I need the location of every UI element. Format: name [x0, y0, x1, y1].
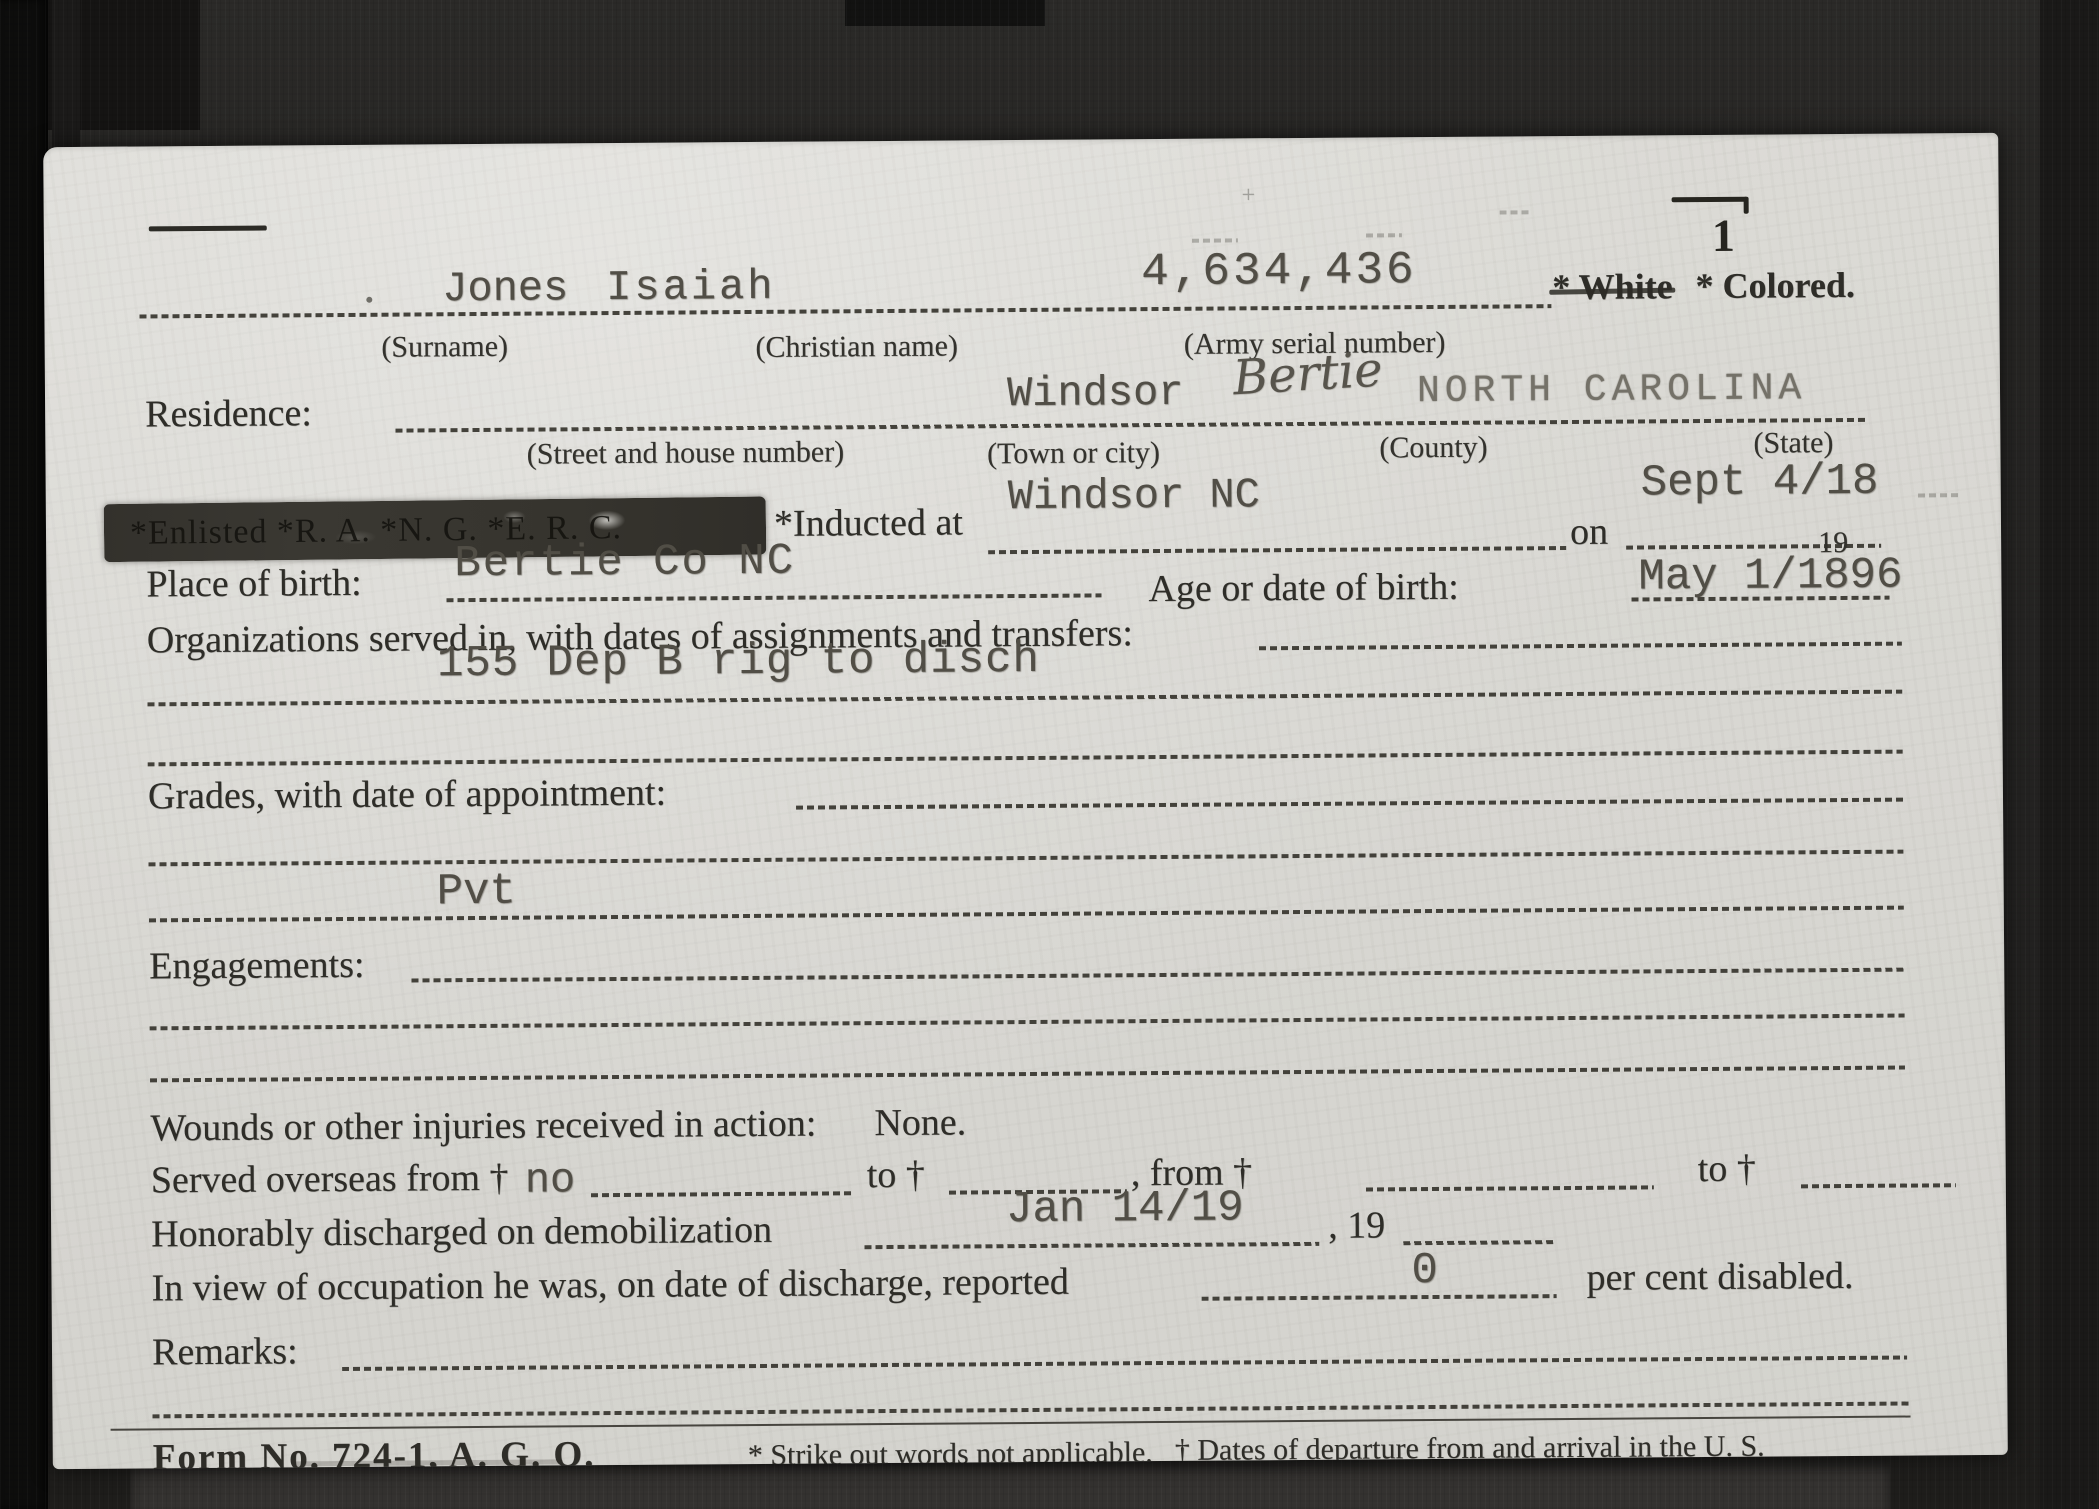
disability-suffix-label: per cent disabled. — [1586, 1256, 1853, 1300]
place-of-birth-label: Place of birth: — [146, 563, 362, 606]
race-colored-option: * Colored. — [1695, 265, 1855, 306]
discharge-label: Honorably discharged on demobilization — [151, 1210, 772, 1256]
dashed-line — [149, 906, 1904, 923]
street-label: (Street and house number) — [527, 435, 845, 470]
solid-rule — [111, 1416, 1911, 1431]
faint-plus-mark: + — [1241, 182, 1255, 208]
serial-number-value: 4,634,436 — [1141, 247, 1417, 295]
residence-label: Residence: — [145, 393, 312, 436]
county-label: (County) — [1379, 431, 1488, 465]
dashed-line — [864, 1242, 1319, 1249]
place-of-birth-value: Bertie Co NC — [454, 540, 795, 586]
faint-dash-mark — [1192, 238, 1238, 242]
engagements-label: Engagements: — [149, 945, 365, 988]
dashed-line — [152, 1402, 1912, 1419]
age-or-birth-label: Age or date of birth: — [1148, 567, 1459, 611]
christian-name-value: Isaiah — [606, 266, 776, 309]
induction-date-value: Sept 4/18 — [1641, 460, 1879, 506]
wounds-value: None. — [874, 1102, 966, 1144]
faint-dash-mark — [1918, 493, 1962, 497]
overseas-second-to-label: to † — [1698, 1149, 1756, 1191]
dashed-line — [591, 1191, 853, 1197]
overseas-to-label: to † — [867, 1155, 925, 1197]
surname-label: (Surname) — [381, 330, 508, 364]
dashed-line — [988, 546, 1566, 554]
dashed-line — [1403, 1240, 1553, 1245]
discharge-year-label: , 19 — [1328, 1205, 1385, 1247]
on-label: on — [1570, 512, 1608, 554]
christian-name-label: (Christian name) — [755, 329, 958, 363]
dashed-line — [139, 304, 1551, 318]
inducted-at-value: Windsor NC — [1008, 474, 1260, 518]
surname-value: Jones — [442, 267, 568, 310]
dashed-line — [446, 593, 1101, 602]
dashed-line — [147, 690, 1902, 707]
birth-date-value: May 1/1896 — [1638, 554, 1902, 600]
overseas-from-value: no — [525, 1159, 576, 1201]
dashed-line — [1366, 1185, 1654, 1191]
inducted-at-label: *Inducted at — [774, 502, 963, 545]
dashed-line — [1801, 1183, 1956, 1188]
page-number: 1 — [1712, 209, 1735, 262]
scanned-photo-background: + 1 Jones Isaiah 4,634,436 * White * Col… — [0, 0, 2099, 1509]
dashed-line — [148, 850, 1903, 867]
residence-town-value: Windsor — [1007, 372, 1184, 415]
dashed-line — [796, 798, 1903, 810]
organizations-value: 155 Dep B rig to disch — [437, 638, 1040, 686]
dashed-line — [150, 1066, 1905, 1083]
wounds-label: Wounds or other injuries received in act… — [150, 1104, 816, 1151]
stray-dot — [366, 297, 372, 303]
overseas-label: Served overseas from † — [151, 1158, 509, 1202]
stray-pen-mark — [149, 226, 267, 232]
town-label: (Town or city) — [987, 436, 1160, 470]
discharge-date-value: Jan 14/19 — [1006, 1186, 1244, 1232]
dashed-line — [148, 750, 1903, 767]
page-number-overline-tick — [1744, 197, 1749, 214]
state-label: (State) — [1753, 426, 1833, 460]
disability-value: 0 — [1411, 1249, 1438, 1293]
grades-label: Grades, with date of appointment: — [148, 773, 666, 819]
residence-state-value: NORTH CAROLINA — [1417, 370, 1807, 411]
service-record-card: + 1 Jones Isaiah 4,634,436 * White * Col… — [43, 133, 2008, 1469]
race-options: * White * Colored. — [1552, 266, 1855, 308]
page-number-overline — [1672, 197, 1748, 203]
dashed-line — [395, 418, 1867, 433]
dashed-line — [342, 1356, 1907, 1371]
remarks-label: Remarks: — [152, 1331, 298, 1374]
dashed-line — [1259, 642, 1902, 651]
dashed-line — [411, 968, 1904, 983]
race-white-option: * White — [1552, 267, 1673, 307]
faint-dash-mark — [1500, 210, 1530, 214]
residence-county-value: Bertie — [1232, 345, 1384, 402]
faint-dash-mark — [1366, 233, 1402, 237]
dashed-line — [1202, 1294, 1557, 1301]
grades-value: Pvt — [436, 870, 516, 915]
dashed-line — [150, 1014, 1905, 1031]
disability-label: In view of occupation he was, on date of… — [151, 1262, 1069, 1311]
